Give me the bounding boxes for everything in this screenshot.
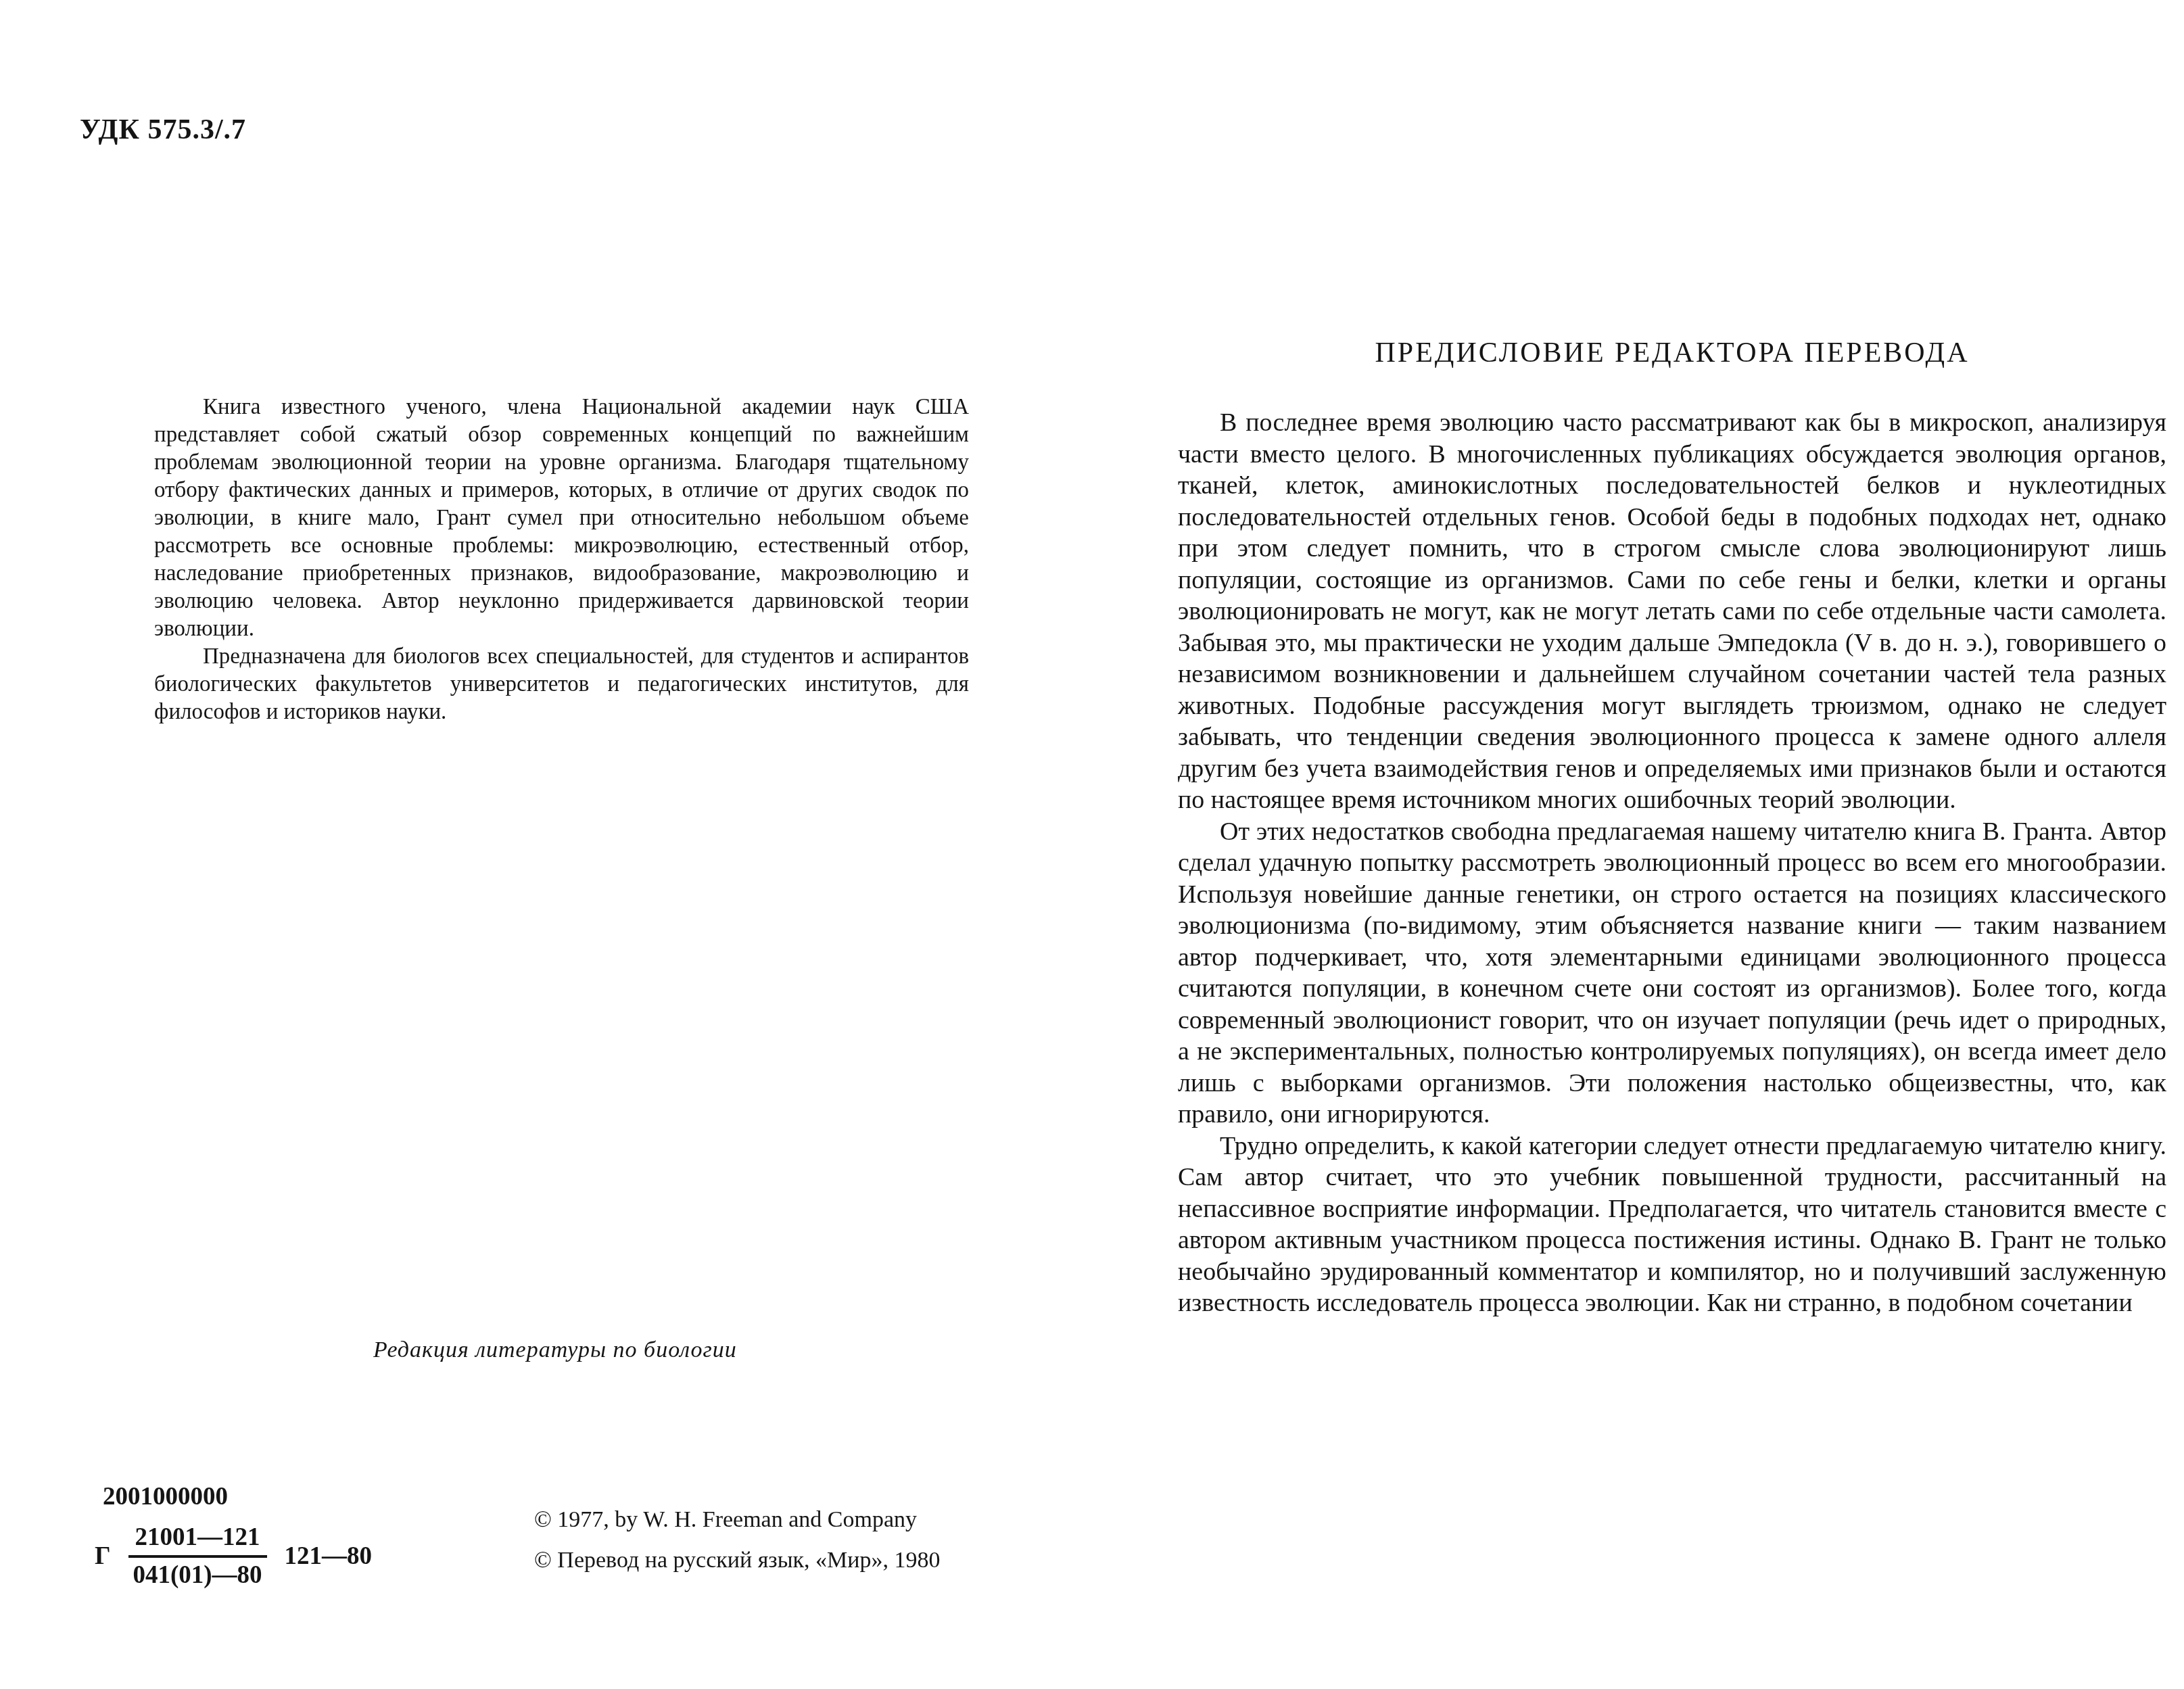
catalog-code: Г 21001—121 041(01)—80 121—80 [95,1523,372,1590]
copyright-line-translation: © Перевод на русский язык, «Мир», 1980 [534,1540,941,1581]
preface-column: ПРЕДИСЛОВИЕ РЕДАКТОРА ПЕРЕВОДА В последн… [1178,337,2166,1319]
book-page-spread: { "left": { "udc": "УДК 575.3/.7", "anno… [0,0,2184,1689]
preface-paragraph-3: Трудно определить, к какой категории сле… [1178,1131,2166,1319]
preface-body: В последнее время эволюцию часто рассмат… [1178,407,2166,1319]
preface-paragraph-1: В последнее время эволюцию часто рассмат… [1178,407,2166,816]
preface-heading: ПРЕДИСЛОВИЕ РЕДАКТОРА ПЕРЕВОДА [1178,337,2166,369]
copyright-block: © 1977, by W. H. Freeman and Company © П… [534,1500,941,1581]
catalog-code-numerator: 21001—121 [128,1523,267,1558]
annotation-paragraph-1: Книга известного ученого, члена Национал… [154,394,969,643]
catalog-code-letter: Г [95,1542,111,1571]
catalog-code-denominator: 041(01)—80 [128,1558,267,1590]
udc-code: УДК 575.3/.7 [80,114,246,146]
annotation-paragraph-2: Предназначена для биологов всех специаль… [154,643,969,726]
edition-note: Редакция литературы по биологии [373,1337,737,1363]
preface-paragraph-2: От этих недостатков свободна предлагаема… [1178,816,2166,1131]
book-annotation: Книга известного ученого, члена Национал… [154,394,969,726]
catalog-code-fraction: 21001—121 041(01)—80 [128,1523,267,1590]
catalog-code-suffix: 121—80 [285,1542,373,1571]
catalog-number: 2001000000 [103,1482,228,1511]
copyright-line-original: © 1977, by W. H. Freeman and Company [534,1500,941,1540]
